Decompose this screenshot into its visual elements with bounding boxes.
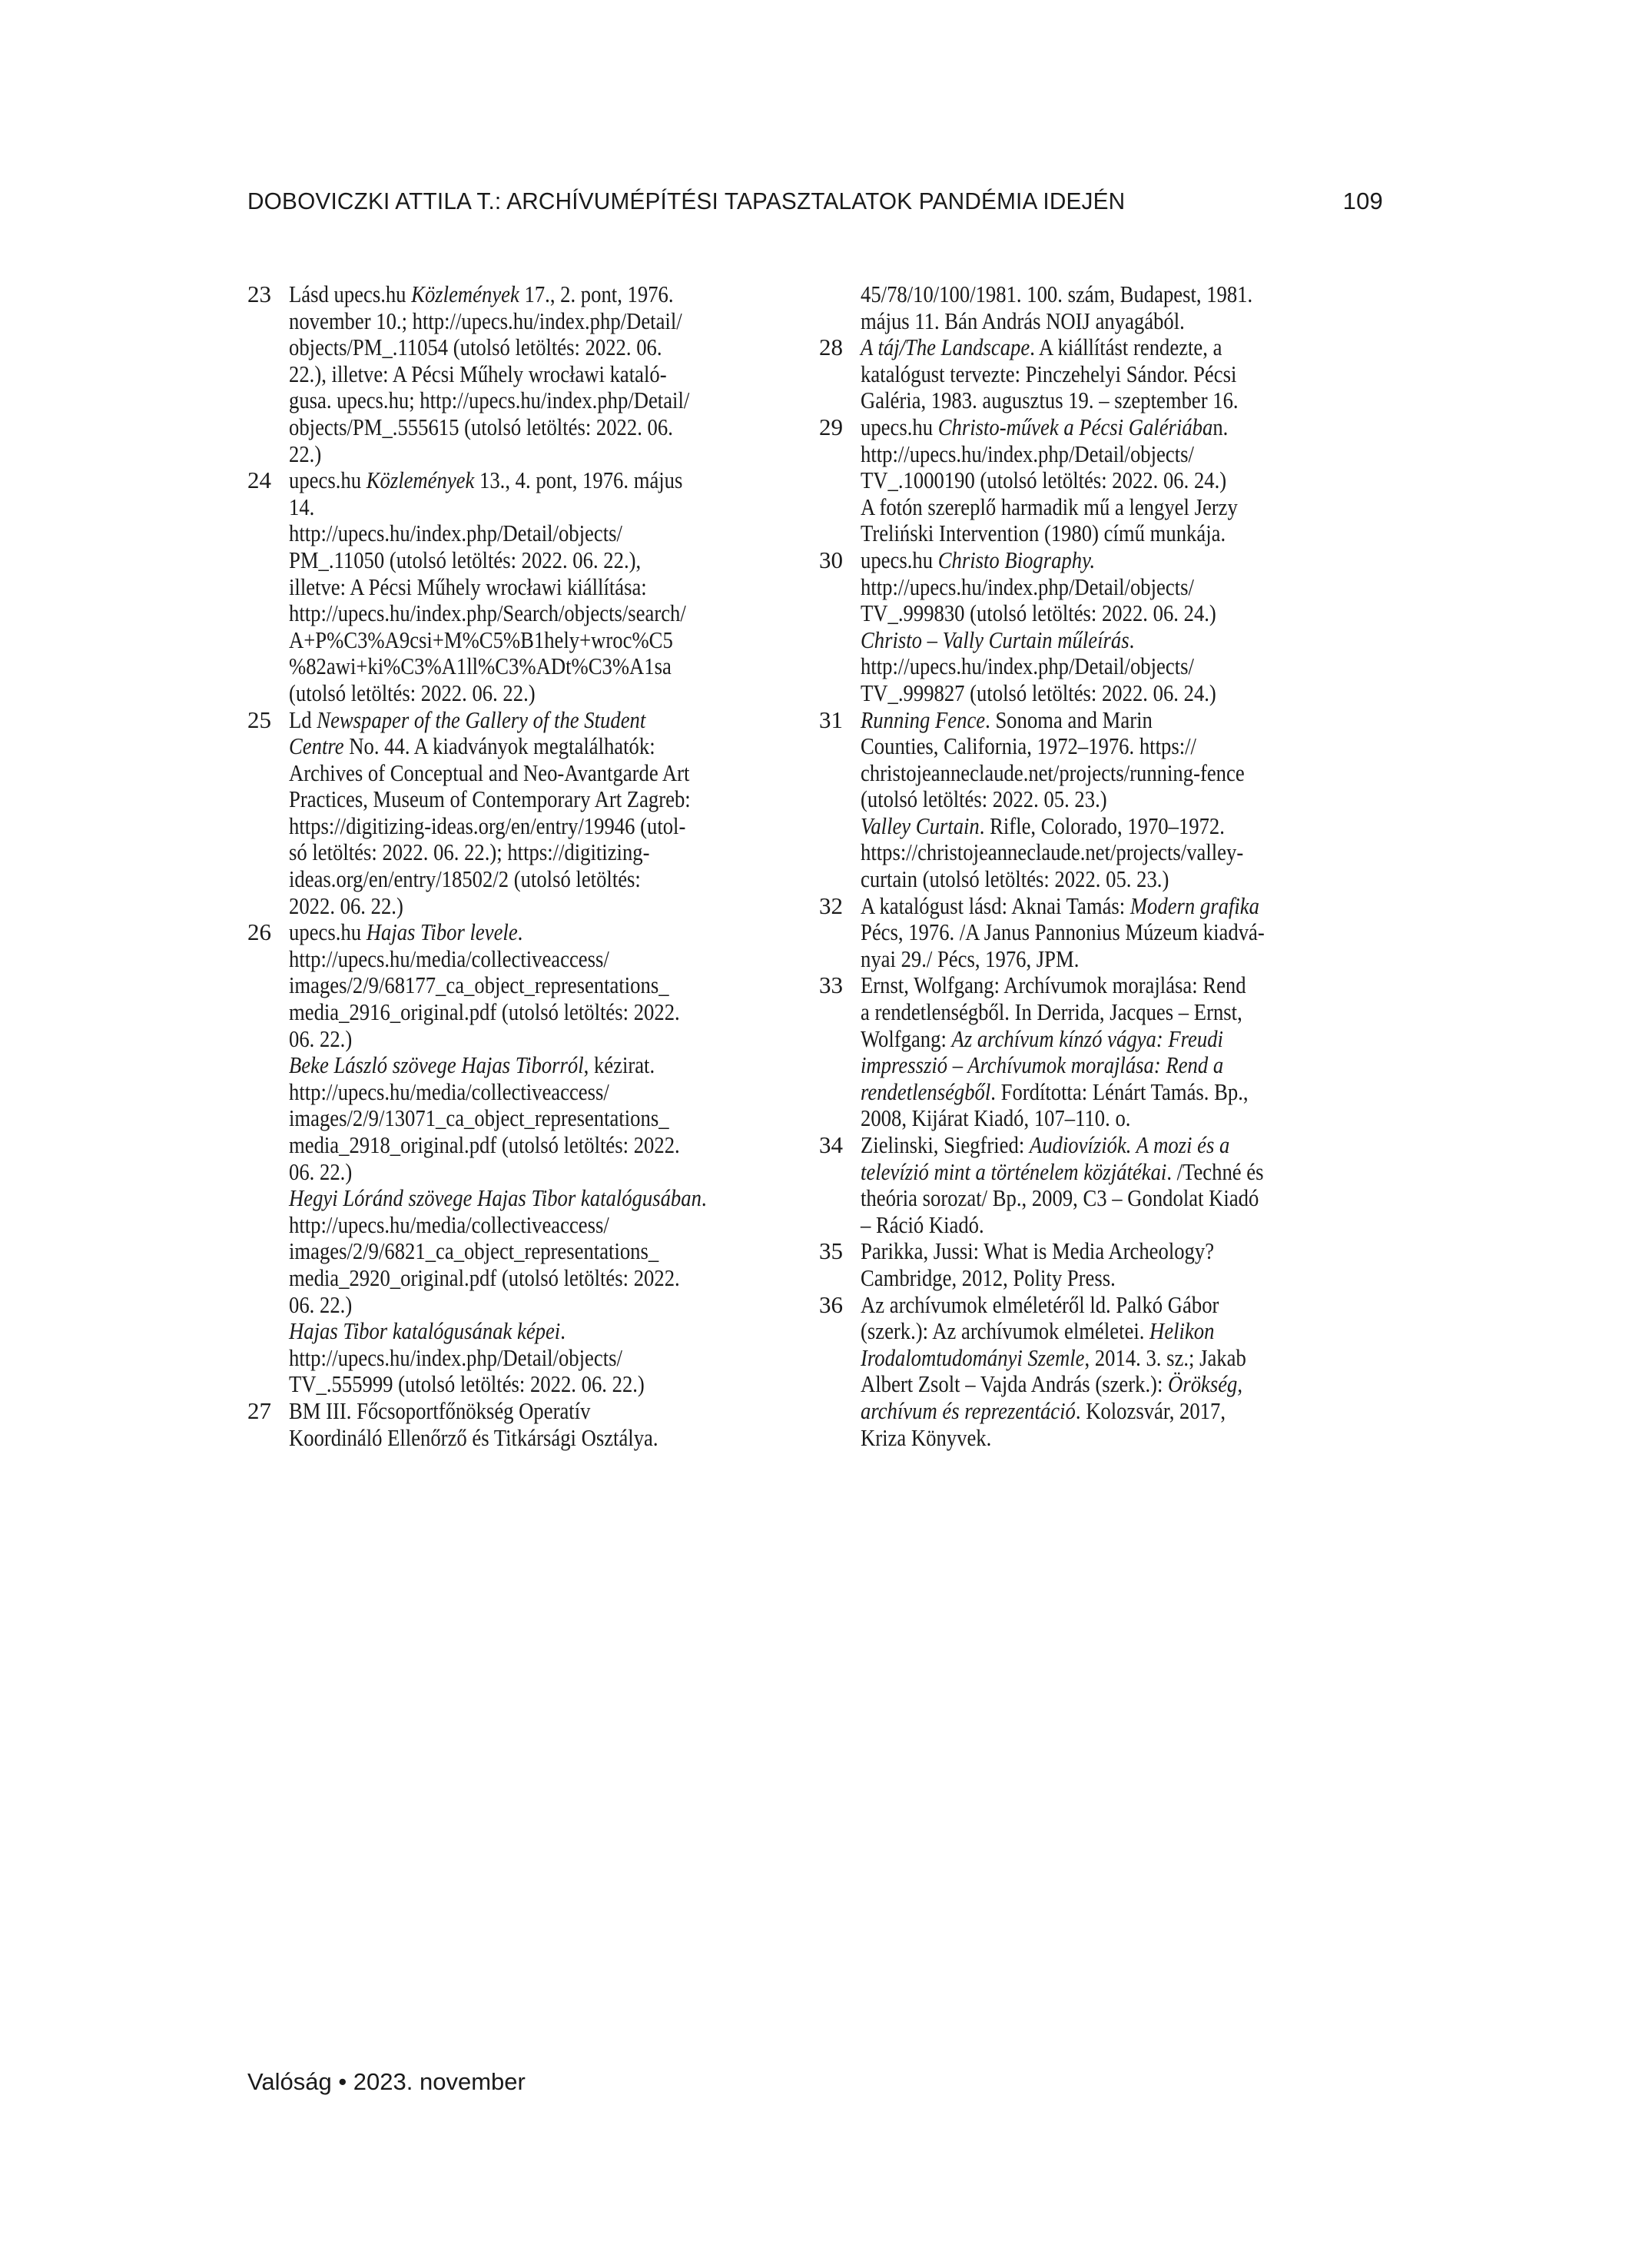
text-line: media_2918_original.pdf (utolsó letöltés…: [289, 1132, 802, 1159]
italic-title: Irodalomtudományi Szemle: [861, 1344, 1084, 1371]
text-line: Koordináló Ellenőrző és Titkársági Osztá…: [289, 1425, 802, 1452]
text-run: Zielinski, Siegfried:: [861, 1131, 1030, 1158]
footnote-text: Az archívumok elméletéről ld. Palkó Gábo…: [861, 1292, 1382, 1452]
footnote-text: A katalógust lásd: Aknai Tamás: Modern g…: [861, 893, 1382, 973]
text-line: http://upecs.hu/media/collectiveaccess/: [289, 1212, 802, 1239]
text-run: http://upecs.hu/index.php/Search/objects…: [289, 599, 686, 626]
footnote-number: 31: [819, 707, 853, 734]
text-run: katalógust tervezte: Pinczehelyi Sándor.…: [861, 360, 1236, 387]
footnote-text: Running Fence. Sonoma and MarinCounties,…: [861, 707, 1382, 893]
text-line: Zielinski, Siegfried: Audiovíziók. A moz…: [861, 1132, 1382, 1159]
italic-title: Christo-művek a Pécsi Galériába: [938, 413, 1213, 440]
text-run: (utolsó letöltés: 2022. 06. 22.): [289, 679, 536, 706]
text-run: media_2918_original.pdf (utolsó letöltés…: [289, 1131, 680, 1158]
text-run: http://upecs.hu/media/collectiveaccess/: [289, 945, 609, 972]
text-run: 06. 22.): [289, 1158, 352, 1185]
footnote-number: 28: [819, 334, 853, 361]
footnote-number: 23: [247, 281, 281, 308]
text-run: http://upecs.hu/index.php/Detail/objects…: [289, 520, 622, 546]
text-line: Practices, Museum of Contemporary Art Za…: [289, 786, 802, 813]
text-line: http://upecs.hu/media/collectiveaccess/: [289, 946, 802, 973]
text-run: 45/78/10/100/1981. 100. szám, Budapest, …: [861, 281, 1252, 307]
footnote-text: upecs.hu Christo-művek a Pécsi Galériába…: [861, 414, 1382, 547]
text-line: http://upecs.hu/index.php/Detail/objects…: [861, 653, 1382, 680]
text-line: Pécs, 1976. /A Janus Pannonius Múzeum ki…: [861, 919, 1382, 946]
footnote-number: 27: [247, 1398, 281, 1425]
text-line: 22.): [289, 441, 802, 468]
text-line: 14.: [289, 494, 802, 521]
footnote-number: 25: [247, 707, 281, 734]
text-line: 06. 22.): [289, 1026, 802, 1053]
text-run: . Rifle, Colorado, 1970–1972.: [980, 812, 1225, 839]
text-run: , 2014. 3. sz.; Jakab: [1084, 1344, 1246, 1371]
text-line: curtain (utolsó letöltés: 2022. 05. 23.): [861, 866, 1382, 893]
footnote-number: 24: [247, 467, 281, 494]
text-run: http://upecs.hu/index.php/Detail/objects…: [861, 653, 1194, 679]
text-run: Az archívumok elméletéről ld. Palkó Gábo…: [861, 1291, 1219, 1318]
text-line: gusa. upecs.hu; http://upecs.hu/index.ph…: [289, 387, 802, 414]
running-title: DOBOVICZKI ATTILA T.: ARCHÍVUMÉPÍTÉSI TA…: [247, 188, 1125, 215]
italic-title: Az archívum kínzó vágya: Freudi: [952, 1025, 1223, 1052]
text-line: Hegyi Lóránd szövege Hajas Tibor katalóg…: [289, 1185, 802, 1212]
text-run: PM_.11050 (utolsó letöltés: 2022. 06. 22…: [289, 546, 641, 573]
text-line: rendetlenségből. Fordította: Lénárt Tamá…: [861, 1079, 1382, 1106]
italic-title: Valley Curtain: [861, 812, 980, 839]
italic-title: Örökség,: [1168, 1370, 1242, 1397]
text-run: 06. 22.): [289, 1291, 352, 1318]
text-line: media_2916_original.pdf (utolsó letöltés…: [289, 999, 802, 1026]
text-run: 2022. 06. 22.): [289, 892, 403, 919]
text-run: 17., 2. pont, 1976.: [519, 281, 674, 307]
text-run: Counties, California, 1972–1976. https:/…: [861, 732, 1196, 759]
italic-title: Running Fence: [861, 706, 985, 733]
footnote-text: Ernst, Wolfgang: Archívumok morajlása: R…: [861, 972, 1382, 1132]
text-run: ideas.org/en/entry/18502/2 (utolsó letöl…: [289, 865, 641, 892]
text-run: upecs.hu: [289, 467, 367, 493]
text-line: Archives of Conceptual and Neo-Avantgard…: [289, 760, 802, 787]
text-line: 45/78/10/100/1981. 100. szám, Budapest, …: [861, 281, 1382, 308]
text-run: nyai 29./ Pécs, 1976, JPM.: [861, 945, 1079, 972]
italic-title: Közlemények: [411, 281, 519, 307]
text-run: upecs.hu: [289, 918, 367, 945]
text-line: https://christojeanneclaude.net/projects…: [861, 839, 1382, 866]
text-run: images/2/9/68177_ca_object_representatio…: [289, 971, 669, 998]
text-line: május 11. Bán András NOIJ anyagából.: [861, 308, 1382, 335]
text-line: Parikka, Jussi: What is Media Archeology…: [861, 1238, 1382, 1265]
text-run: Archives of Conceptual and Neo-Avantgard…: [289, 759, 689, 786]
footnote: 45/78/10/100/1981. 100. szám, Budapest, …: [819, 281, 1382, 334]
text-line: Galéria, 1983. augusztus 19. – szeptembe…: [861, 387, 1382, 414]
page-footer: Valóság • 2023. november: [247, 2068, 526, 2096]
text-run: media_2920_original.pdf (utolsó letöltés…: [289, 1264, 680, 1291]
text-run: media_2916_original.pdf (utolsó letöltés…: [289, 998, 680, 1025]
text-line: 22.), illetve: A Pécsi Műhely wrocławi k…: [289, 361, 802, 388]
text-run: (szerk.): Az archívumok elméletei.: [861, 1317, 1149, 1344]
text-run: Kriza Könyvek.: [861, 1424, 991, 1451]
text-line: Lásd upecs.hu Közlemények 17., 2. pont, …: [289, 281, 802, 308]
text-run: upecs.hu: [861, 546, 938, 573]
footnote: 36Az archívumok elméletéről ld. Palkó Gá…: [819, 1292, 1382, 1452]
italic-title: Beke László szövege Hajas Tiborról: [289, 1051, 584, 1078]
footnote-text: Zielinski, Siegfried: Audiovíziók. A moz…: [861, 1132, 1382, 1238]
text-run: Galéria, 1983. augusztus 19. – szeptembe…: [861, 387, 1239, 413]
text-run: objects/PM_.555615 (utolsó letöltés: 202…: [289, 413, 673, 440]
footnote-text: Parikka, Jussi: What is Media Archeology…: [861, 1238, 1382, 1291]
text-run: Parikka, Jussi: What is Media Archeology…: [861, 1237, 1214, 1264]
text-line: %82awi+ki%C3%A1ll%C3%ADt%C3%A1sa: [289, 653, 802, 680]
text-line: Hajas Tibor katalógusának képei.: [289, 1318, 802, 1345]
text-line: A katalógust lásd: Aknai Tamás: Modern g…: [861, 893, 1382, 920]
text-line: archívum és reprezentáció. Kolozsvár, 20…: [861, 1398, 1382, 1425]
text-run: http://upecs.hu/index.php/Detail/objects…: [861, 440, 1194, 467]
footnote-number: 36: [819, 1292, 853, 1319]
italic-title: Christo – Vally Curtain műleírás: [861, 626, 1129, 653]
footnote-number: 33: [819, 972, 853, 999]
footnote-number: 30: [819, 547, 853, 574]
footnote-text: 45/78/10/100/1981. 100. szám, Budapest, …: [861, 281, 1382, 334]
footnote: 25Ld Newspaper of the Gallery of the Stu…: [247, 707, 802, 920]
italic-title: Newspaper of the Gallery of the Student: [317, 706, 645, 733]
text-run: Ernst, Wolfgang: Archívumok morajlása: R…: [861, 971, 1246, 998]
text-run: .: [560, 1317, 566, 1344]
text-line: objects/PM_.11054 (utolsó letöltés: 2022…: [289, 334, 802, 361]
text-line: TV_.555999 (utolsó letöltés: 2022. 06. 2…: [289, 1371, 802, 1398]
text-run: (utolsó letöltés: 2022. 05. 23.): [861, 785, 1107, 812]
footnote: 33Ernst, Wolfgang: Archívumok morajlása:…: [819, 972, 1382, 1132]
text-line: a rendetlenségből. In Derrida, Jacques –…: [861, 999, 1382, 1026]
text-run: images/2/9/6821_ca_object_representation…: [289, 1237, 658, 1264]
footnote-text: BM III. Főcsoportfőnökség OperatívKoordi…: [289, 1398, 802, 1451]
text-line: TV_.1000190 (utolsó letöltés: 2022. 06. …: [861, 467, 1382, 494]
footnote-number: 32: [819, 893, 853, 920]
italic-title: Hajas Tibor levele: [367, 918, 518, 945]
text-run: A+P%C3%A9csi+M%C5%B1hely+wroc%C5: [289, 626, 673, 653]
text-run: %82awi+ki%C3%A1ll%C3%ADt%C3%A1sa: [289, 653, 672, 679]
italic-title: impresszió – Archívumok morajlása: Rend …: [861, 1051, 1223, 1078]
footnote: 35Parikka, Jussi: What is Media Archeolo…: [819, 1238, 1382, 1291]
footnote: 31Running Fence. Sonoma and MarinCountie…: [819, 707, 1382, 893]
text-line: upecs.hu Közlemények 13., 4. pont, 1976.…: [289, 467, 802, 494]
text-run: 06. 22.): [289, 1025, 352, 1052]
text-run: . Kolozsvár, 2017,: [1076, 1397, 1226, 1424]
text-run: Ld: [289, 706, 317, 733]
text-run: 14.: [289, 493, 314, 520]
text-run: https://christojeanneclaude.net/projects…: [861, 838, 1243, 865]
text-run: Pécs, 1976. /A Janus Pannonius Múzeum ki…: [861, 918, 1265, 945]
footnote: 32A katalógust lásd: Aknai Tamás: Modern…: [819, 893, 1382, 973]
text-line: TV_.999827 (utolsó letöltés: 2022. 06. 2…: [861, 680, 1382, 707]
text-run: objects/PM_.11054 (utolsó letöltés: 2022…: [289, 334, 662, 360]
italic-title: Audiovíziók. A mozi és a: [1030, 1131, 1229, 1158]
footnote-number: 29: [819, 414, 853, 441]
text-run: BM III. Főcsoportfőnökség Operatív: [289, 1397, 590, 1424]
text-line: objects/PM_.555615 (utolsó letöltés: 202…: [289, 414, 802, 441]
text-line: A+P%C3%A9csi+M%C5%B1hely+wroc%C5: [289, 627, 802, 654]
footnote: 27BM III. Főcsoportfőnökség OperatívKoor…: [247, 1398, 802, 1451]
text-line: Ernst, Wolfgang: Archívumok morajlása: R…: [861, 972, 1382, 999]
text-run: TV_.555999 (utolsó letöltés: 2022. 06. 2…: [289, 1370, 645, 1397]
text-line: upecs.hu Hajas Tibor levele.: [289, 919, 802, 946]
italic-title: Közlemények: [367, 467, 475, 493]
text-run: gusa. upecs.hu; http://upecs.hu/index.ph…: [289, 387, 689, 413]
text-run: n.: [1212, 413, 1228, 440]
text-run: . Fordította: Lénárt Tamás. Bp.,: [990, 1078, 1248, 1105]
text-line: impresszió – Archívumok morajlása: Rend …: [861, 1052, 1382, 1079]
text-line: Running Fence. Sonoma and Marin: [861, 707, 1382, 734]
text-line: christojeanneclaude.net/projects/running…: [861, 760, 1382, 787]
italic-title: rendetlenségből: [861, 1078, 990, 1105]
text-line: – Ráció Kiadó.: [861, 1212, 1382, 1239]
text-line: Centre No. 44. A kiadványok megtalálható…: [289, 733, 802, 760]
text-line: katalógust tervezte: Pinczehelyi Sándor.…: [861, 361, 1382, 388]
text-run: .: [518, 918, 523, 945]
text-run: .: [1129, 626, 1135, 653]
text-run: Treliński Intervention (1980) című munká…: [861, 520, 1226, 546]
text-line: só letöltés: 2022. 06. 22.); https://dig…: [289, 839, 802, 866]
text-line: images/2/9/13071_ca_object_representatio…: [289, 1105, 802, 1132]
text-run: A katalógust lásd: Aknai Tamás:: [861, 892, 1130, 919]
text-line: A fotón szereplő harmadik mű a lengyel J…: [861, 494, 1382, 521]
text-line: images/2/9/6821_ca_object_representation…: [289, 1238, 802, 1265]
text-run: A fotón szereplő harmadik mű a lengyel J…: [861, 493, 1238, 520]
text-run: curtain (utolsó letöltés: 2022. 05. 23.): [861, 865, 1169, 892]
text-line: Irodalomtudományi Szemle, 2014. 3. sz.; …: [861, 1345, 1382, 1372]
footnote: 30upecs.hu Christo Biography.http://upec…: [819, 547, 1382, 707]
text-line: http://upecs.hu/index.php/Detail/objects…: [289, 1345, 802, 1372]
text-line: TV_.999830 (utolsó letöltés: 2022. 06. 2…: [861, 600, 1382, 627]
text-line: (szerk.): Az archívumok elméletei. Helik…: [861, 1318, 1382, 1345]
footnote-text: Lásd upecs.hu Közlemények 17., 2. pont, …: [289, 281, 802, 467]
text-line: PM_.11050 (utolsó letöltés: 2022. 06. 22…: [289, 547, 802, 574]
text-run: http://upecs.hu/index.php/Detail/objects…: [289, 1344, 622, 1371]
text-line: Az archívumok elméletéről ld. Palkó Gábo…: [861, 1292, 1382, 1319]
footnote-text: upecs.hu Hajas Tibor levele.http://upecs…: [289, 919, 802, 1398]
footnote-number: 34: [819, 1132, 853, 1159]
footnote: 34Zielinski, Siegfried: Audiovíziók. A m…: [819, 1132, 1382, 1238]
text-run: http://upecs.hu/media/collectiveaccess/: [289, 1211, 609, 1238]
text-run: TV_.1000190 (utolsó letöltés: 2022. 06. …: [861, 467, 1226, 493]
text-line: https://digitizing-ideas.org/en/entry/19…: [289, 813, 802, 840]
text-line: A táj/The Landscape. A kiállítást rendez…: [861, 334, 1382, 361]
text-run: theória sorozat/ Bp., 2009, C3 – Gondola…: [861, 1184, 1259, 1211]
text-line: (utolsó letöltés: 2022. 05. 23.): [861, 786, 1382, 813]
footnote-text: A táj/The Landscape. A kiállítást rendez…: [861, 334, 1382, 414]
italic-title: Modern grafika: [1130, 892, 1259, 919]
running-header: DOBOVICZKI ATTILA T.: ARCHÍVUMÉPÍTÉSI TA…: [247, 188, 1383, 218]
text-line: ideas.org/en/entry/18502/2 (utolsó letöl…: [289, 866, 802, 893]
text-run: .: [702, 1184, 707, 1211]
footnotes-right-column: 45/78/10/100/1981. 100. szám, Budapest, …: [819, 281, 1382, 1451]
text-run: . /Techné és: [1166, 1158, 1263, 1185]
italic-title: Hajas Tibor katalógusának képei: [289, 1317, 560, 1344]
text-line: Wolfgang: Az archívum kínzó vágya: Freud…: [861, 1026, 1382, 1053]
footnote: 26upecs.hu Hajas Tibor levele.http://upe…: [247, 919, 802, 1398]
text-run: http://upecs.hu/index.php/Detail/objects…: [861, 573, 1194, 600]
text-line: 06. 22.): [289, 1292, 802, 1319]
text-line: televízió mint a történelem közjátékai. …: [861, 1159, 1382, 1186]
text-line: Cambridge, 2012, Polity Press.: [861, 1265, 1382, 1292]
text-line: Kriza Könyvek.: [861, 1425, 1382, 1452]
text-run: 13., 4. pont, 1976. május: [474, 467, 682, 493]
text-run: 22.): [289, 440, 321, 467]
text-line: Counties, California, 1972–1976. https:/…: [861, 733, 1382, 760]
text-line: Albert Zsolt – Vajda András (szerk.): Ör…: [861, 1371, 1382, 1398]
footnote-number: 26: [247, 919, 281, 946]
text-run: No. 44. A kiadványok megtalálhatók:: [344, 732, 655, 759]
text-run: images/2/9/13071_ca_object_representatio…: [289, 1104, 669, 1131]
text-run: 2008, Kijárat Kiadó, 107–110. o.: [861, 1104, 1130, 1131]
text-run: http://upecs.hu/media/collectiveaccess/: [289, 1078, 609, 1105]
footnote-text: upecs.hu Christo Biography.http://upecs.…: [861, 547, 1382, 707]
text-run: Wolfgang:: [861, 1025, 952, 1052]
text-run: Lásd upecs.hu: [289, 281, 411, 307]
page-number: 109: [1343, 188, 1383, 215]
text-run: , kézirat.: [584, 1051, 655, 1078]
text-run: Practices, Museum of Contemporary Art Za…: [289, 785, 691, 812]
text-line: upecs.hu Christo Biography.: [861, 547, 1382, 574]
italic-title: Hegyi Lóránd szövege Hajas Tibor katalóg…: [289, 1184, 702, 1211]
italic-title: Centre: [289, 732, 344, 759]
text-line: BM III. Főcsoportfőnökség Operatív: [289, 1398, 802, 1425]
text-run: upecs.hu: [861, 413, 938, 440]
text-line: Treliński Intervention (1980) című munká…: [861, 520, 1382, 547]
text-line: media_2920_original.pdf (utolsó letöltés…: [289, 1265, 802, 1292]
text-run: november 10.; http://upecs.hu/index.php/…: [289, 307, 682, 334]
italic-title: Christo Biography.: [938, 546, 1095, 573]
text-run: Koordináló Ellenőrző és Titkársági Osztá…: [289, 1424, 658, 1451]
text-run: . A kiállítást rendezte, a: [1030, 334, 1222, 360]
text-line: (utolsó letöltés: 2022. 06. 22.): [289, 680, 802, 707]
text-line: 06. 22.): [289, 1159, 802, 1186]
text-line: theória sorozat/ Bp., 2009, C3 – Gondola…: [861, 1185, 1382, 1212]
italic-title: televízió mint a történelem közjátékai: [861, 1158, 1166, 1185]
text-line: http://upecs.hu/index.php/Detail/objects…: [861, 441, 1382, 468]
text-line: http://upecs.hu/index.php/Detail/objects…: [861, 574, 1382, 601]
text-run: https://digitizing-ideas.org/en/entry/19…: [289, 812, 685, 839]
text-run: Albert Zsolt – Vajda András (szerk.):: [861, 1370, 1168, 1397]
text-line: Beke László szövege Hajas Tiborról, kézi…: [289, 1052, 802, 1079]
text-run: . Sonoma and Marin: [985, 706, 1153, 733]
footnote: 29upecs.hu Christo-művek a Pécsi Galériá…: [819, 414, 1382, 547]
footnote-text: upecs.hu Közlemények 13., 4. pont, 1976.…: [289, 467, 802, 706]
text-run: a rendetlenségből. In Derrida, Jacques –…: [861, 998, 1242, 1025]
text-run: TV_.999827 (utolsó letöltés: 2022. 06. 2…: [861, 679, 1216, 706]
text-line: http://upecs.hu/index.php/Detail/objects…: [289, 520, 802, 547]
text-run: illetve: A Pécsi Műhely wrocławi kiállít…: [289, 573, 647, 600]
footnote-text: Ld Newspaper of the Gallery of the Stude…: [289, 707, 802, 920]
text-run: 22.), illetve: A Pécsi Műhely wrocławi k…: [289, 360, 667, 387]
text-run: május 11. Bán András NOIJ anyagából.: [861, 307, 1185, 334]
text-line: http://upecs.hu/index.php/Search/objects…: [289, 600, 802, 627]
text-line: Valley Curtain. Rifle, Colorado, 1970–19…: [861, 813, 1382, 840]
text-line: illetve: A Pécsi Műhely wrocławi kiállít…: [289, 574, 802, 601]
text-line: Christo – Vally Curtain műleírás.: [861, 627, 1382, 654]
text-run: Cambridge, 2012, Polity Press.: [861, 1264, 1116, 1291]
text-line: november 10.; http://upecs.hu/index.php/…: [289, 308, 802, 335]
footnote: 28A táj/The Landscape. A kiállítást rend…: [819, 334, 1382, 414]
text-run: christojeanneclaude.net/projects/running…: [861, 759, 1245, 786]
text-line: nyai 29./ Pécs, 1976, JPM.: [861, 946, 1382, 973]
text-line: http://upecs.hu/media/collectiveaccess/: [289, 1079, 802, 1106]
text-line: upecs.hu Christo-művek a Pécsi Galériába…: [861, 414, 1382, 441]
text-run: TV_.999830 (utolsó letöltés: 2022. 06. 2…: [861, 599, 1216, 626]
text-line: 2008, Kijárat Kiadó, 107–110. o.: [861, 1105, 1382, 1132]
italic-title: Helikon: [1149, 1317, 1214, 1344]
text-line: images/2/9/68177_ca_object_representatio…: [289, 972, 802, 999]
footnote-number: 35: [819, 1238, 853, 1265]
footnote: 23Lásd upecs.hu Közlemények 17., 2. pont…: [247, 281, 802, 467]
text-run: só letöltés: 2022. 06. 22.); https://dig…: [289, 838, 649, 865]
text-line: 2022. 06. 22.): [289, 893, 802, 920]
text-line: Ld Newspaper of the Gallery of the Stude…: [289, 707, 802, 734]
footnote: 24upecs.hu Közlemények 13., 4. pont, 197…: [247, 467, 802, 706]
text-run: – Ráció Kiadó.: [861, 1211, 984, 1238]
footnotes-left-column: 23Lásd upecs.hu Közlemények 17., 2. pont…: [247, 281, 802, 1451]
italic-title: archívum és reprezentáció: [861, 1397, 1076, 1424]
italic-title: A táj/The Landscape: [861, 334, 1030, 360]
